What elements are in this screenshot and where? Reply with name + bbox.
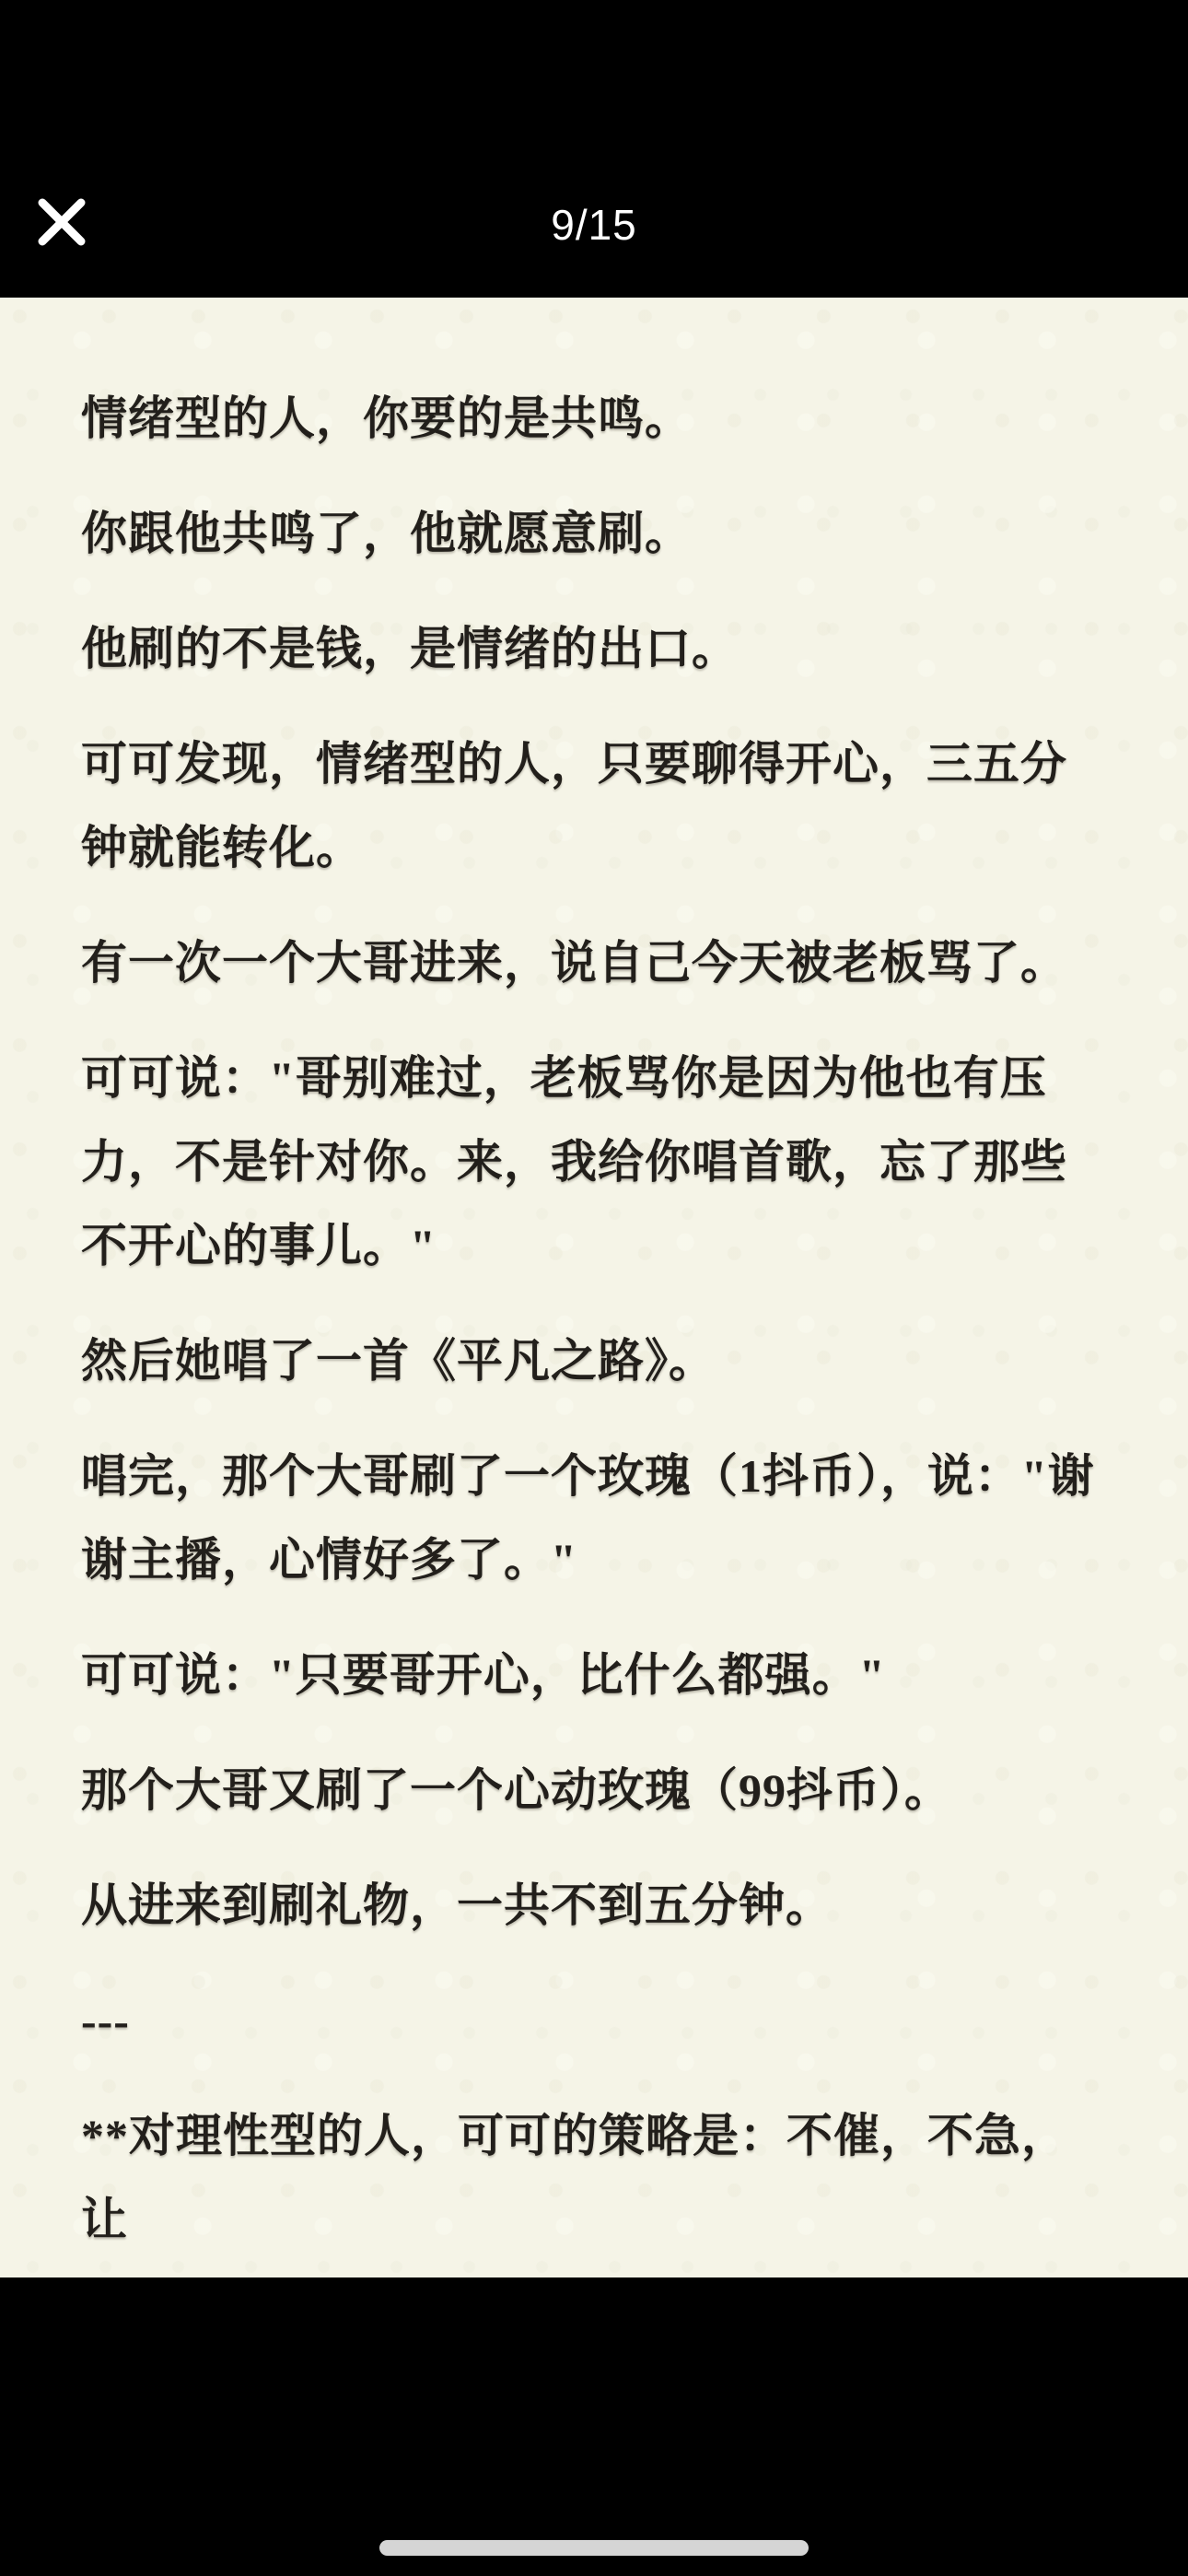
paragraph: 可可发现，情绪型的人，只要聊得开心，三五分钟就能转化。 [81, 722, 1112, 890]
divider-dashes: --- [81, 1979, 1112, 2063]
paragraph: 有一次一个大哥进来，说自己今天被老板骂了。 [81, 921, 1112, 1005]
home-indicator[interactable] [379, 2540, 809, 2556]
paragraph: 然后她唱了一首《平凡之路》。 [81, 1319, 1112, 1403]
page-indicator: 9/15 [0, 200, 1188, 250]
paragraph: 他刷的不是钱，是情绪的出口。 [81, 607, 1112, 691]
viewer-header: 9/15 [0, 0, 1188, 298]
paragraph: 情绪型的人，你要的是共鸣。 [81, 377, 1112, 461]
note-page[interactable]: 情绪型的人，你要的是共鸣。 你跟他共鸣了，他就愿意刷。 他刷的不是钱，是情绪的出… [0, 298, 1188, 2277]
bottom-bar [0, 2277, 1188, 2576]
paragraph: 从进来到刷礼物，一共不到五分钟。 [81, 1864, 1112, 1948]
paragraph: 你跟他共鸣了，他就愿意刷。 [81, 492, 1112, 576]
paragraph: 可可说："哥别难过，老板骂你是因为他也有压力，不是针对你。来，我给你唱首歌，忘了… [81, 1036, 1112, 1288]
paragraph: 可可说："只要哥开心，比什么都强。" [81, 1633, 1112, 1717]
screen: 9/15 情绪型的人，你要的是共鸣。 你跟他共鸣了，他就愿意刷。 他刷的不是钱，… [0, 0, 1188, 2576]
paragraph: 唱完，那个大哥刷了一个玫瑰（1抖币），说："谢谢主播，心情好多了。" [81, 1434, 1112, 1602]
paragraph: 那个大哥又刷了一个心动玫瑰（99抖币）。 [81, 1749, 1112, 1832]
paragraph: **对理性型的人，可可的策略是：不催，不急，让 [81, 2094, 1112, 2262]
